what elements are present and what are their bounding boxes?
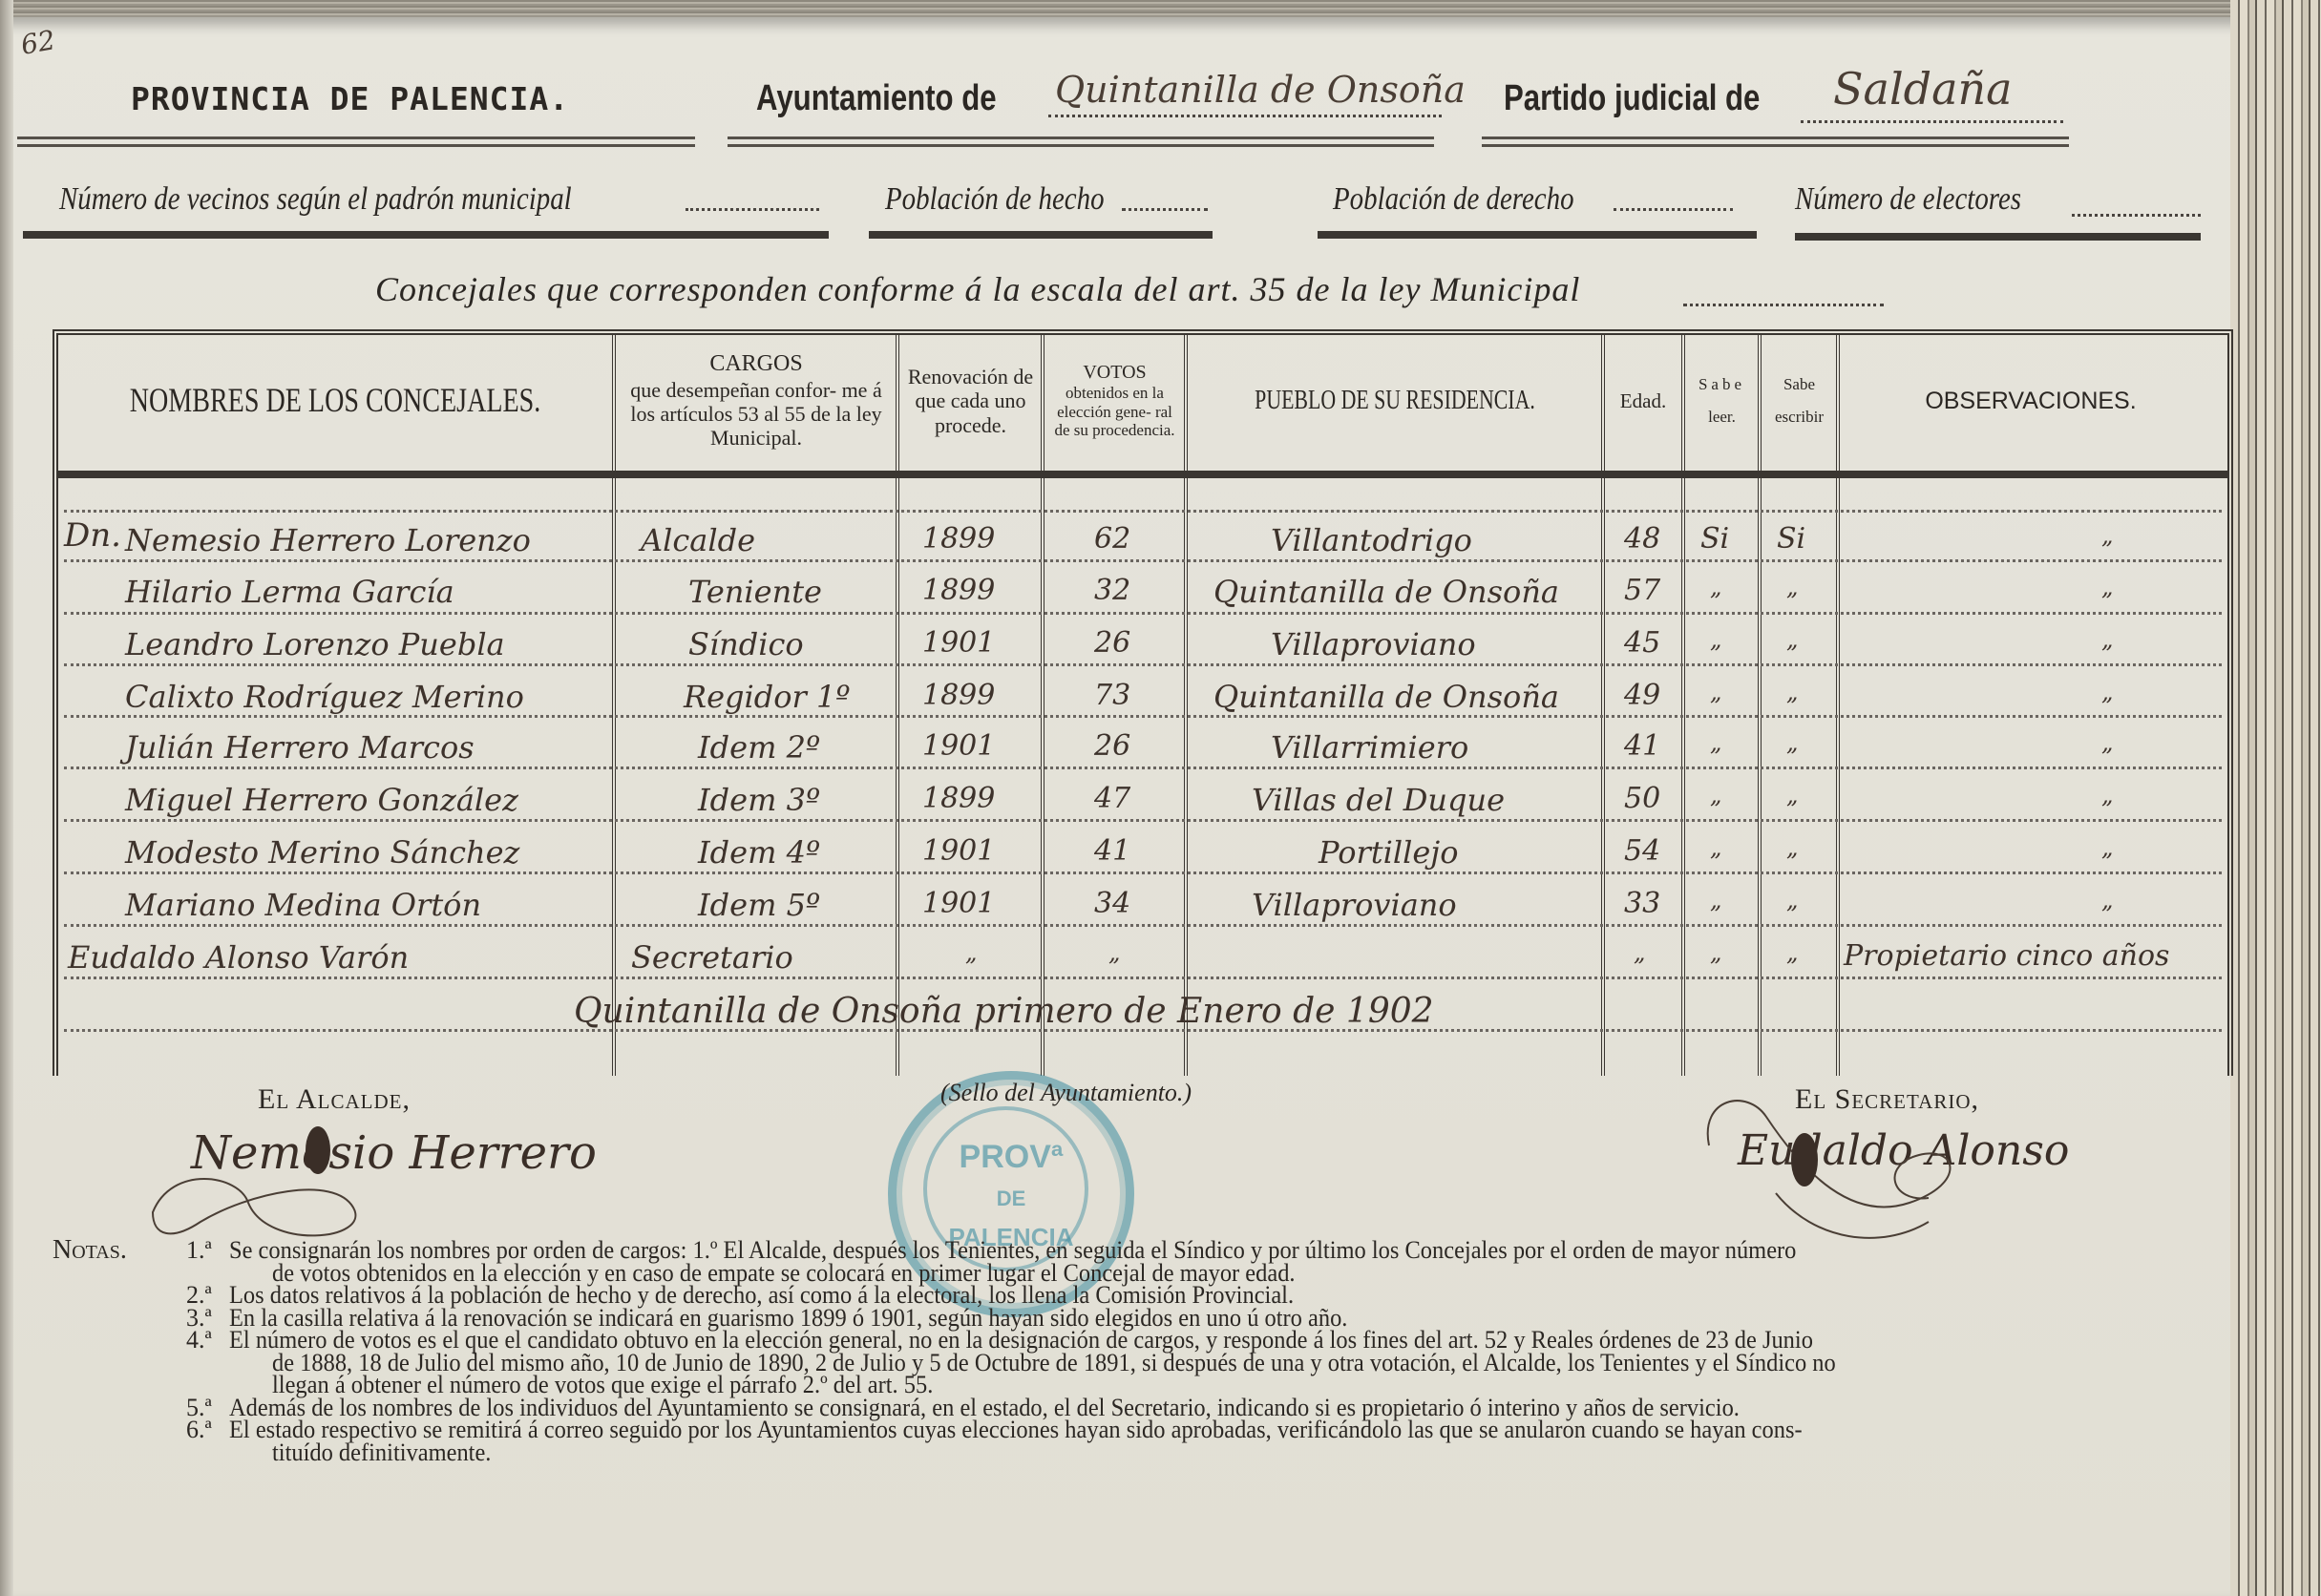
ayuntamiento-label: Ayuntamiento de bbox=[756, 78, 997, 119]
note-number: 4.ª bbox=[186, 1329, 229, 1352]
cell-nombre: Calixto Rodríguez Merino bbox=[125, 679, 524, 715]
vecinos-label: Número de vecinos según el padrón munici… bbox=[59, 181, 572, 218]
row-line bbox=[64, 924, 2222, 927]
cell-cargo: Secretario bbox=[631, 939, 793, 976]
partido-value: Saldaña bbox=[1833, 63, 2013, 115]
cell-cargo: Alcalde bbox=[641, 522, 755, 558]
partido-label: Partido judicial de bbox=[1504, 78, 1760, 119]
header-observaciones: OBSERVACIONES. bbox=[1840, 335, 2222, 467]
cell-observaciones: „ bbox=[2101, 522, 2113, 549]
cell-sabe-escribir: „ bbox=[1786, 626, 1798, 653]
cell-renovacion: 1901 bbox=[922, 834, 995, 868]
header-cargos: CARGOS que desempeñan confor- me á los a… bbox=[617, 335, 896, 467]
rule bbox=[1795, 233, 2201, 241]
cell-nombre: Mariano Medina Ortón bbox=[125, 887, 481, 923]
header-votos: VOTOS obtenidos en la elección gene- ral… bbox=[1045, 335, 1184, 467]
header-nombres: NOMBRES DE LOS CONCEJALES. bbox=[119, 335, 551, 467]
cell-sabe-escribir: „ bbox=[1786, 782, 1798, 808]
cell-renovacion: 1899 bbox=[922, 574, 995, 607]
cell-nombre: Leandro Lorenzo Puebla bbox=[125, 626, 505, 662]
stamp-line1: PROVª bbox=[897, 1139, 1126, 1176]
stamp-line2: DE bbox=[897, 1186, 1126, 1211]
concejales-table: NOMBRES DE LOS CONCEJALES. CARGOS que de… bbox=[53, 329, 2233, 1076]
cell-edad: 48 bbox=[1624, 522, 1660, 556]
header-edad: Edad. bbox=[1605, 335, 1681, 467]
province-title: PROVINCIA DE PALENCIA. bbox=[131, 80, 569, 117]
cell-cargo: Regidor 1º bbox=[684, 679, 850, 715]
notes-lead: Notas. bbox=[53, 1239, 186, 1262]
poblacion-derecho-field bbox=[1614, 202, 1733, 211]
cell-sabe-leer: „ bbox=[1710, 679, 1721, 705]
cell-renovacion: „ bbox=[965, 939, 977, 966]
cell-sabe-leer: „ bbox=[1710, 782, 1721, 808]
cell-observaciones: Propietario cinco años bbox=[1844, 939, 2169, 973]
header-sabe-escribir-b: escribir bbox=[1775, 408, 1824, 427]
concejales-scale-label: Concejales que corresponden conforme á l… bbox=[375, 269, 1580, 309]
cell-votos: 47 bbox=[1094, 782, 1130, 815]
column-divider bbox=[1041, 335, 1044, 1076]
cell-cargo: Idem 4º bbox=[698, 834, 820, 871]
cell-pueblo: Villaproviano bbox=[1252, 887, 1457, 923]
cell-renovacion: 1899 bbox=[922, 679, 995, 712]
cell-observaciones: „ bbox=[2101, 729, 2113, 756]
cell-edad: 57 bbox=[1624, 574, 1660, 607]
cell-cargo: Idem 2º bbox=[698, 729, 820, 766]
cell-sabe-escribir: „ bbox=[1786, 887, 1798, 913]
rule bbox=[728, 136, 1434, 147]
cell-votos: 41 bbox=[1094, 834, 1130, 868]
cell-sabe-leer: „ bbox=[1710, 574, 1721, 600]
rule bbox=[869, 231, 1213, 239]
column-divider bbox=[1681, 335, 1685, 1076]
cell-renovacion: 1901 bbox=[922, 887, 995, 920]
cell-renovacion: 1899 bbox=[922, 782, 995, 815]
header-sabe-leer-a: Sabe bbox=[1699, 375, 1745, 394]
cell-sabe-escribir: „ bbox=[1786, 834, 1798, 861]
rule bbox=[1482, 136, 2069, 147]
header-cargos-sub: que desempeñan confor- me á los artículo… bbox=[617, 378, 896, 451]
cell-sabe-escribir: „ bbox=[1786, 679, 1798, 705]
cell-cargo: Idem 3º bbox=[698, 782, 820, 818]
page-number: 62 bbox=[18, 24, 57, 61]
header-sabe-leer-b: leer. bbox=[1708, 408, 1736, 427]
vecinos-field bbox=[686, 202, 819, 211]
header-votos-title: VOTOS bbox=[1083, 362, 1146, 384]
note-text: tituído definitivamente. bbox=[272, 1441, 2103, 1464]
row-line bbox=[64, 976, 2222, 979]
cell-sabe-leer: „ bbox=[1710, 939, 1721, 966]
cell-observaciones: „ bbox=[2101, 679, 2113, 705]
notes-section: Notas. 1.ª Se consignarán los nombres po… bbox=[53, 1239, 2220, 1463]
cell-nombre: Eudaldo Alonso Varón bbox=[68, 939, 409, 976]
poblacion-hecho-field bbox=[1122, 202, 1208, 211]
cell-nombre: Julián Herrero Marcos bbox=[125, 729, 475, 766]
header-votos-sub: obtenidos en la elección gene- ral de su… bbox=[1049, 384, 1180, 440]
secretario-rubric-icon bbox=[1690, 1088, 2005, 1250]
cell-cargo: Síndico bbox=[688, 626, 804, 662]
electores-field bbox=[2072, 208, 2201, 217]
cell-pueblo: Villaproviano bbox=[1271, 626, 1476, 662]
header-sabe-leer: Sabe leer. bbox=[1686, 335, 1758, 467]
cell-nombre: Modesto Merino Sánchez bbox=[125, 834, 519, 871]
column-divider bbox=[1184, 335, 1188, 1076]
cell-sabe-escribir: Si bbox=[1777, 522, 1805, 556]
cell-edad: 45 bbox=[1624, 626, 1660, 660]
cell-edad: 49 bbox=[1624, 679, 1660, 712]
row-line bbox=[64, 819, 2222, 822]
row-line bbox=[64, 663, 2222, 666]
cell-observaciones: „ bbox=[2101, 834, 2113, 861]
cell-observaciones: „ bbox=[2101, 782, 2113, 808]
note-number: 6.ª bbox=[186, 1418, 229, 1441]
rule bbox=[1318, 231, 1757, 239]
rule bbox=[17, 136, 695, 147]
date-line: Quintanilla de Onsoña primero de Enero d… bbox=[574, 992, 1434, 1031]
concejales-field bbox=[1683, 298, 1884, 306]
note-number: 2.ª bbox=[186, 1284, 229, 1307]
ayuntamiento-value: Quintanilla de Onsoña bbox=[1055, 69, 1466, 111]
cell-sabe-leer: „ bbox=[1710, 729, 1721, 756]
note-text: El estado respectivo se remitirá á corre… bbox=[229, 1418, 2100, 1441]
alcalde-label: El Alcalde, bbox=[258, 1083, 411, 1116]
cell-observaciones: „ bbox=[2101, 574, 2113, 600]
header-renovacion: Renovación de que cada uno procede. bbox=[900, 335, 1041, 467]
column-divider bbox=[896, 335, 899, 1076]
cell-edad: 33 bbox=[1624, 887, 1660, 920]
cell-votos: 26 bbox=[1094, 729, 1130, 763]
cell-votos: „ bbox=[1108, 939, 1120, 966]
cell-pueblo: Villantodrigo bbox=[1271, 522, 1472, 558]
cell-sabe-escribir: „ bbox=[1786, 574, 1798, 600]
cell-pueblo: Quintanilla de Onsoña bbox=[1213, 574, 1559, 610]
row-line bbox=[64, 612, 2222, 615]
cell-votos: 62 bbox=[1094, 522, 1130, 556]
header-cargos-title: CARGOS bbox=[709, 351, 802, 378]
poblacion-derecho-label: Población de derecho bbox=[1333, 181, 1574, 218]
cell-votos: 34 bbox=[1094, 887, 1130, 920]
row-line bbox=[64, 559, 2222, 562]
column-divider bbox=[612, 335, 616, 1076]
cell-edad: 54 bbox=[1624, 834, 1660, 868]
cell-pueblo: Portillejo bbox=[1319, 834, 1458, 871]
poblacion-hecho-label: Población de hecho bbox=[885, 181, 1105, 218]
row-line bbox=[64, 715, 2222, 718]
cell-votos: 26 bbox=[1094, 626, 1130, 660]
cell-renovacion: 1901 bbox=[922, 626, 995, 660]
header-pueblo: PUEBLO DE SU RESIDENCIA. bbox=[1234, 335, 1556, 467]
cell-nombre: Miguel Herrero González bbox=[125, 782, 518, 818]
rule bbox=[23, 231, 829, 239]
cell-edad: „ bbox=[1634, 939, 1645, 966]
cell-sabe-leer: „ bbox=[1710, 887, 1721, 913]
cell-edad: 50 bbox=[1624, 782, 1660, 815]
cell-pueblo: Quintanilla de Onsoña bbox=[1213, 679, 1559, 715]
sello-label: (Sello del Ayuntamiento.) bbox=[940, 1079, 1192, 1107]
column-divider bbox=[1758, 335, 1762, 1076]
header-rule bbox=[58, 471, 2227, 478]
cell-renovacion: 1901 bbox=[922, 729, 995, 763]
cell-pueblo: Villarrimiero bbox=[1271, 729, 1468, 766]
cell-sabe-escribir: „ bbox=[1786, 939, 1798, 966]
book-binding bbox=[0, 0, 13, 1596]
row-line bbox=[64, 510, 2222, 513]
cell-cargo: Idem 5º bbox=[698, 887, 820, 923]
name-prefix: Dn. bbox=[64, 516, 121, 555]
cell-votos: 73 bbox=[1094, 679, 1130, 712]
cell-pueblo: Villas del Duque bbox=[1252, 782, 1505, 818]
row-line bbox=[64, 871, 2222, 874]
electores-label: Número de electores bbox=[1795, 181, 2021, 218]
ink-blot bbox=[306, 1126, 330, 1174]
cell-sabe-leer: „ bbox=[1710, 626, 1721, 653]
cell-renovacion: 1899 bbox=[922, 522, 995, 556]
book-page-edges bbox=[2230, 0, 2321, 1596]
cell-cargo: Teniente bbox=[688, 574, 822, 610]
cell-observaciones: „ bbox=[2101, 626, 2113, 653]
cell-sabe-escribir: „ bbox=[1786, 729, 1798, 756]
note-number: 1.ª bbox=[186, 1239, 229, 1262]
cell-sabe-leer: „ bbox=[1710, 834, 1721, 861]
header-sabe-escribir: Sabe escribir bbox=[1762, 335, 1836, 467]
cell-sabe-leer: Si bbox=[1700, 522, 1729, 556]
row-line bbox=[64, 766, 2222, 769]
header-sabe-escribir-a: Sabe bbox=[1783, 375, 1815, 394]
cell-edad: 41 bbox=[1624, 729, 1660, 763]
cell-observaciones: „ bbox=[2101, 887, 2113, 913]
cell-nombre: Hilario Lerma García bbox=[125, 574, 454, 610]
cell-votos: 32 bbox=[1094, 574, 1130, 607]
cell-nombre: Nemesio Herrero Lorenzo bbox=[125, 522, 531, 558]
